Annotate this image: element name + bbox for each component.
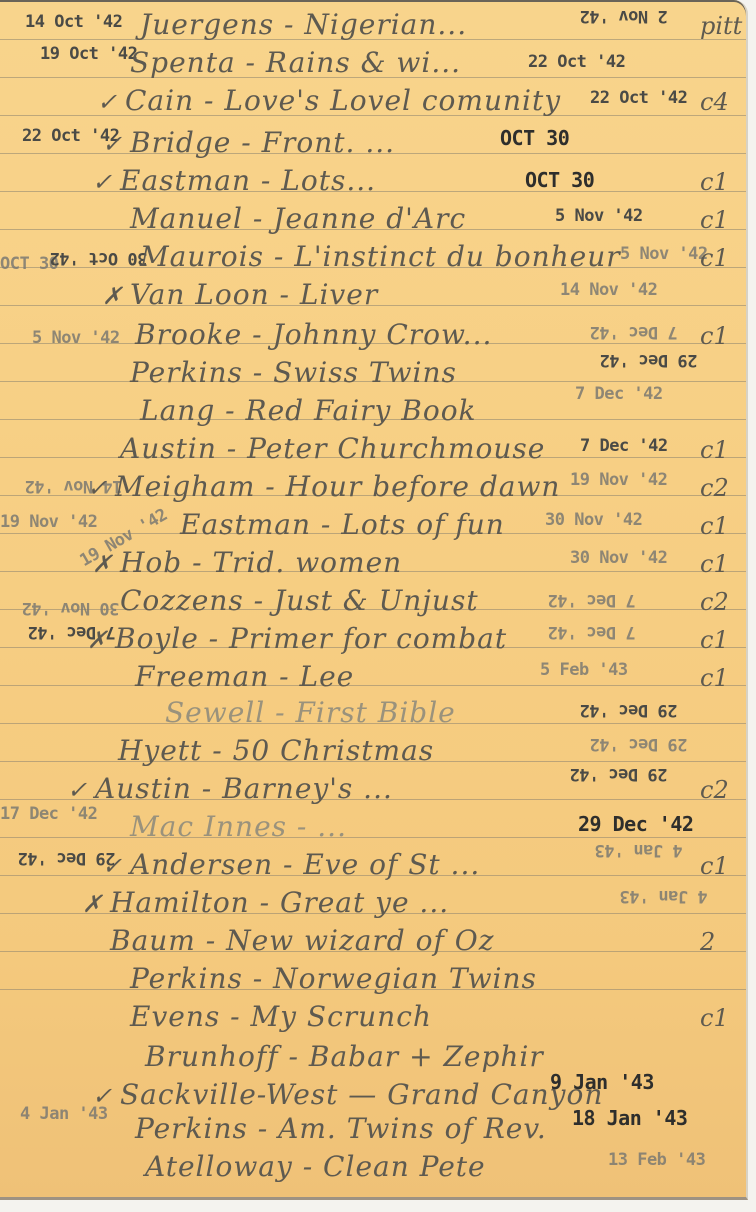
ruled-line	[0, 685, 746, 686]
date-stamp: 19 Nov '42	[0, 512, 97, 532]
date-stamp: 14 Nov '42	[560, 280, 657, 300]
date-stamp: 7 Dec '42	[575, 384, 663, 404]
handwritten-entry: Hyett - 50 Christmas	[118, 734, 434, 767]
copy-count-note: c1	[700, 168, 729, 196]
date-stamp: 7 Dec '42	[548, 622, 636, 642]
ruled-line	[0, 837, 746, 838]
date-stamp: 5 Nov '42	[555, 206, 643, 226]
copy-count-note: c1	[700, 852, 729, 880]
date-stamp: 5 Nov '42	[32, 328, 120, 348]
date-stamp: 14 Oct '42	[25, 12, 122, 32]
handwritten-entry: Cain - Love's Lovel comunity	[125, 84, 561, 117]
handwritten-entry: Hob - Trid. women	[120, 546, 402, 579]
handwritten-entry: Sackville-West — Grand Canyon	[120, 1078, 603, 1111]
handwritten-entry: Austin - Barney's ...	[95, 772, 393, 805]
checkmark-icon: ✓	[102, 130, 122, 158]
copy-count-note: c2	[700, 474, 729, 502]
handwritten-entry: Boyle - Primer for combat	[115, 622, 507, 655]
date-stamp: 5 Nov '42	[620, 244, 708, 264]
handwritten-entry: Manuel - Jeanne d'Arc	[130, 202, 466, 235]
circulation-card: 14 Oct '4219 Oct '4222 Oct '422 Nov '422…	[0, 0, 748, 1200]
date-stamp: 29 Dec '42	[570, 764, 667, 784]
x-mark-icon: ✗	[82, 890, 102, 918]
handwritten-entry: Evens - My Scrunch	[130, 1000, 432, 1033]
date-stamp: 2 Nov '42	[580, 6, 668, 26]
date-stamp: 29 Dec '42	[580, 700, 677, 720]
handwritten-entry: Meigham - Hour before dawn	[115, 470, 560, 503]
date-stamp: 19 Oct '42	[40, 44, 137, 64]
copy-count-note: c2	[700, 588, 729, 616]
date-stamp: 30 Nov '42	[570, 548, 667, 568]
copy-count-note: c1	[700, 206, 729, 234]
handwritten-entry: Eastman - Lots of fun	[180, 508, 505, 541]
handwritten-entry: Brunhoff - Babar + Zephir	[145, 1040, 544, 1073]
date-stamp: 7 Dec '42	[548, 590, 636, 610]
handwritten-entry: Cozzens - Just & Unjust	[120, 584, 479, 617]
x-mark-icon: ✗	[87, 626, 107, 654]
copy-count-note: c1	[700, 1004, 729, 1032]
handwritten-entry: Spenta - Rains & wi...	[130, 46, 461, 79]
date-stamp: 13 Feb '43	[608, 1150, 705, 1170]
handwritten-entry: Mac Innes - ...	[130, 810, 347, 843]
date-stamp: 29 Dec '42	[600, 350, 697, 370]
checkmark-icon: ✓	[67, 776, 87, 804]
copy-count-note: c1	[700, 664, 729, 692]
date-stamp: 19 Nov '42	[570, 470, 667, 490]
handwritten-entry: Perkins - Swiss Twins	[130, 356, 457, 389]
checkmark-icon: ✓	[97, 88, 117, 116]
date-stamp: 22 Oct '42	[590, 88, 687, 108]
handwritten-entry: Brooke - Johnny Crow...	[135, 318, 492, 351]
handwritten-entry: Baum - New wizard of Oz	[110, 924, 494, 957]
checkmark-icon: ✓	[92, 1082, 112, 1110]
checkmark-icon: ✓	[102, 852, 122, 880]
handwritten-entry: Perkins - Am. Twins of Rev.	[135, 1112, 547, 1145]
date-stamp: 22 Oct '42	[528, 52, 625, 72]
copy-count-note: c1	[700, 626, 729, 654]
date-stamp: 7 Dec '42	[580, 436, 668, 456]
checkmark-icon: ✓	[92, 168, 112, 196]
copy-count-note: c1	[700, 436, 729, 464]
date-stamp: 29 Dec '42	[578, 812, 693, 836]
copy-count-note: c1	[700, 550, 729, 578]
handwritten-entry: Hamilton - Great ye ...	[110, 886, 449, 919]
x-mark-icon: ✗	[92, 550, 112, 578]
handwritten-entry: Van Loon - Liver	[130, 278, 378, 311]
date-stamp: 4 Jan '43	[620, 886, 708, 906]
date-stamp: 30 Nov '42	[545, 510, 642, 530]
date-stamp: 4 Jan '43	[595, 840, 683, 860]
handwritten-entry: Maurois - L'instinct du bonheur	[140, 240, 621, 273]
date-stamp: 7 Dec '42	[590, 322, 678, 342]
date-stamp: 14 Nov '42	[25, 476, 122, 496]
handwritten-entry: Perkins - Norwegian Twins	[130, 962, 537, 995]
date-stamp: 29 Dec '42	[590, 734, 687, 754]
copy-count-note: pitt	[700, 12, 742, 40]
date-stamp: 29 Dec '42	[18, 848, 115, 868]
handwritten-entry: Juergens - Nigerian...	[140, 8, 467, 41]
checkmark-icon: ✓	[87, 474, 107, 502]
copy-count-note: c1	[700, 322, 729, 350]
copy-count-note: c2	[700, 776, 729, 804]
copy-count-note: c1	[700, 244, 729, 272]
handwritten-entry: Freeman - Lee	[135, 660, 354, 693]
date-stamp: 17 Dec '42	[0, 804, 97, 824]
date-stamp: OCT 30	[500, 126, 569, 150]
x-mark-icon: ✗	[102, 282, 122, 310]
handwritten-entry: Atelloway - Clean Pete	[145, 1150, 486, 1183]
copy-count-note: c4	[700, 88, 729, 116]
copy-count-note: c1	[700, 512, 729, 540]
handwritten-entry: Eastman - Lots...	[120, 164, 376, 197]
date-stamp: 30 Nov '42	[22, 598, 119, 618]
copy-count-note: 2	[700, 928, 715, 956]
handwritten-entry: Lang - Red Fairy Book	[140, 394, 477, 427]
handwritten-entry: Sewell - First Bible	[165, 696, 456, 729]
handwritten-entry: Andersen - Eve of St ...	[130, 848, 480, 881]
handwritten-entry: Bridge - Front. ...	[130, 126, 395, 159]
handwritten-entry: Austin - Peter Churchmouse	[120, 432, 545, 465]
date-stamp: 5 Feb '43	[540, 660, 628, 680]
date-stamp: 30 Oct '42	[50, 248, 147, 268]
date-stamp: OCT 30	[525, 168, 594, 192]
